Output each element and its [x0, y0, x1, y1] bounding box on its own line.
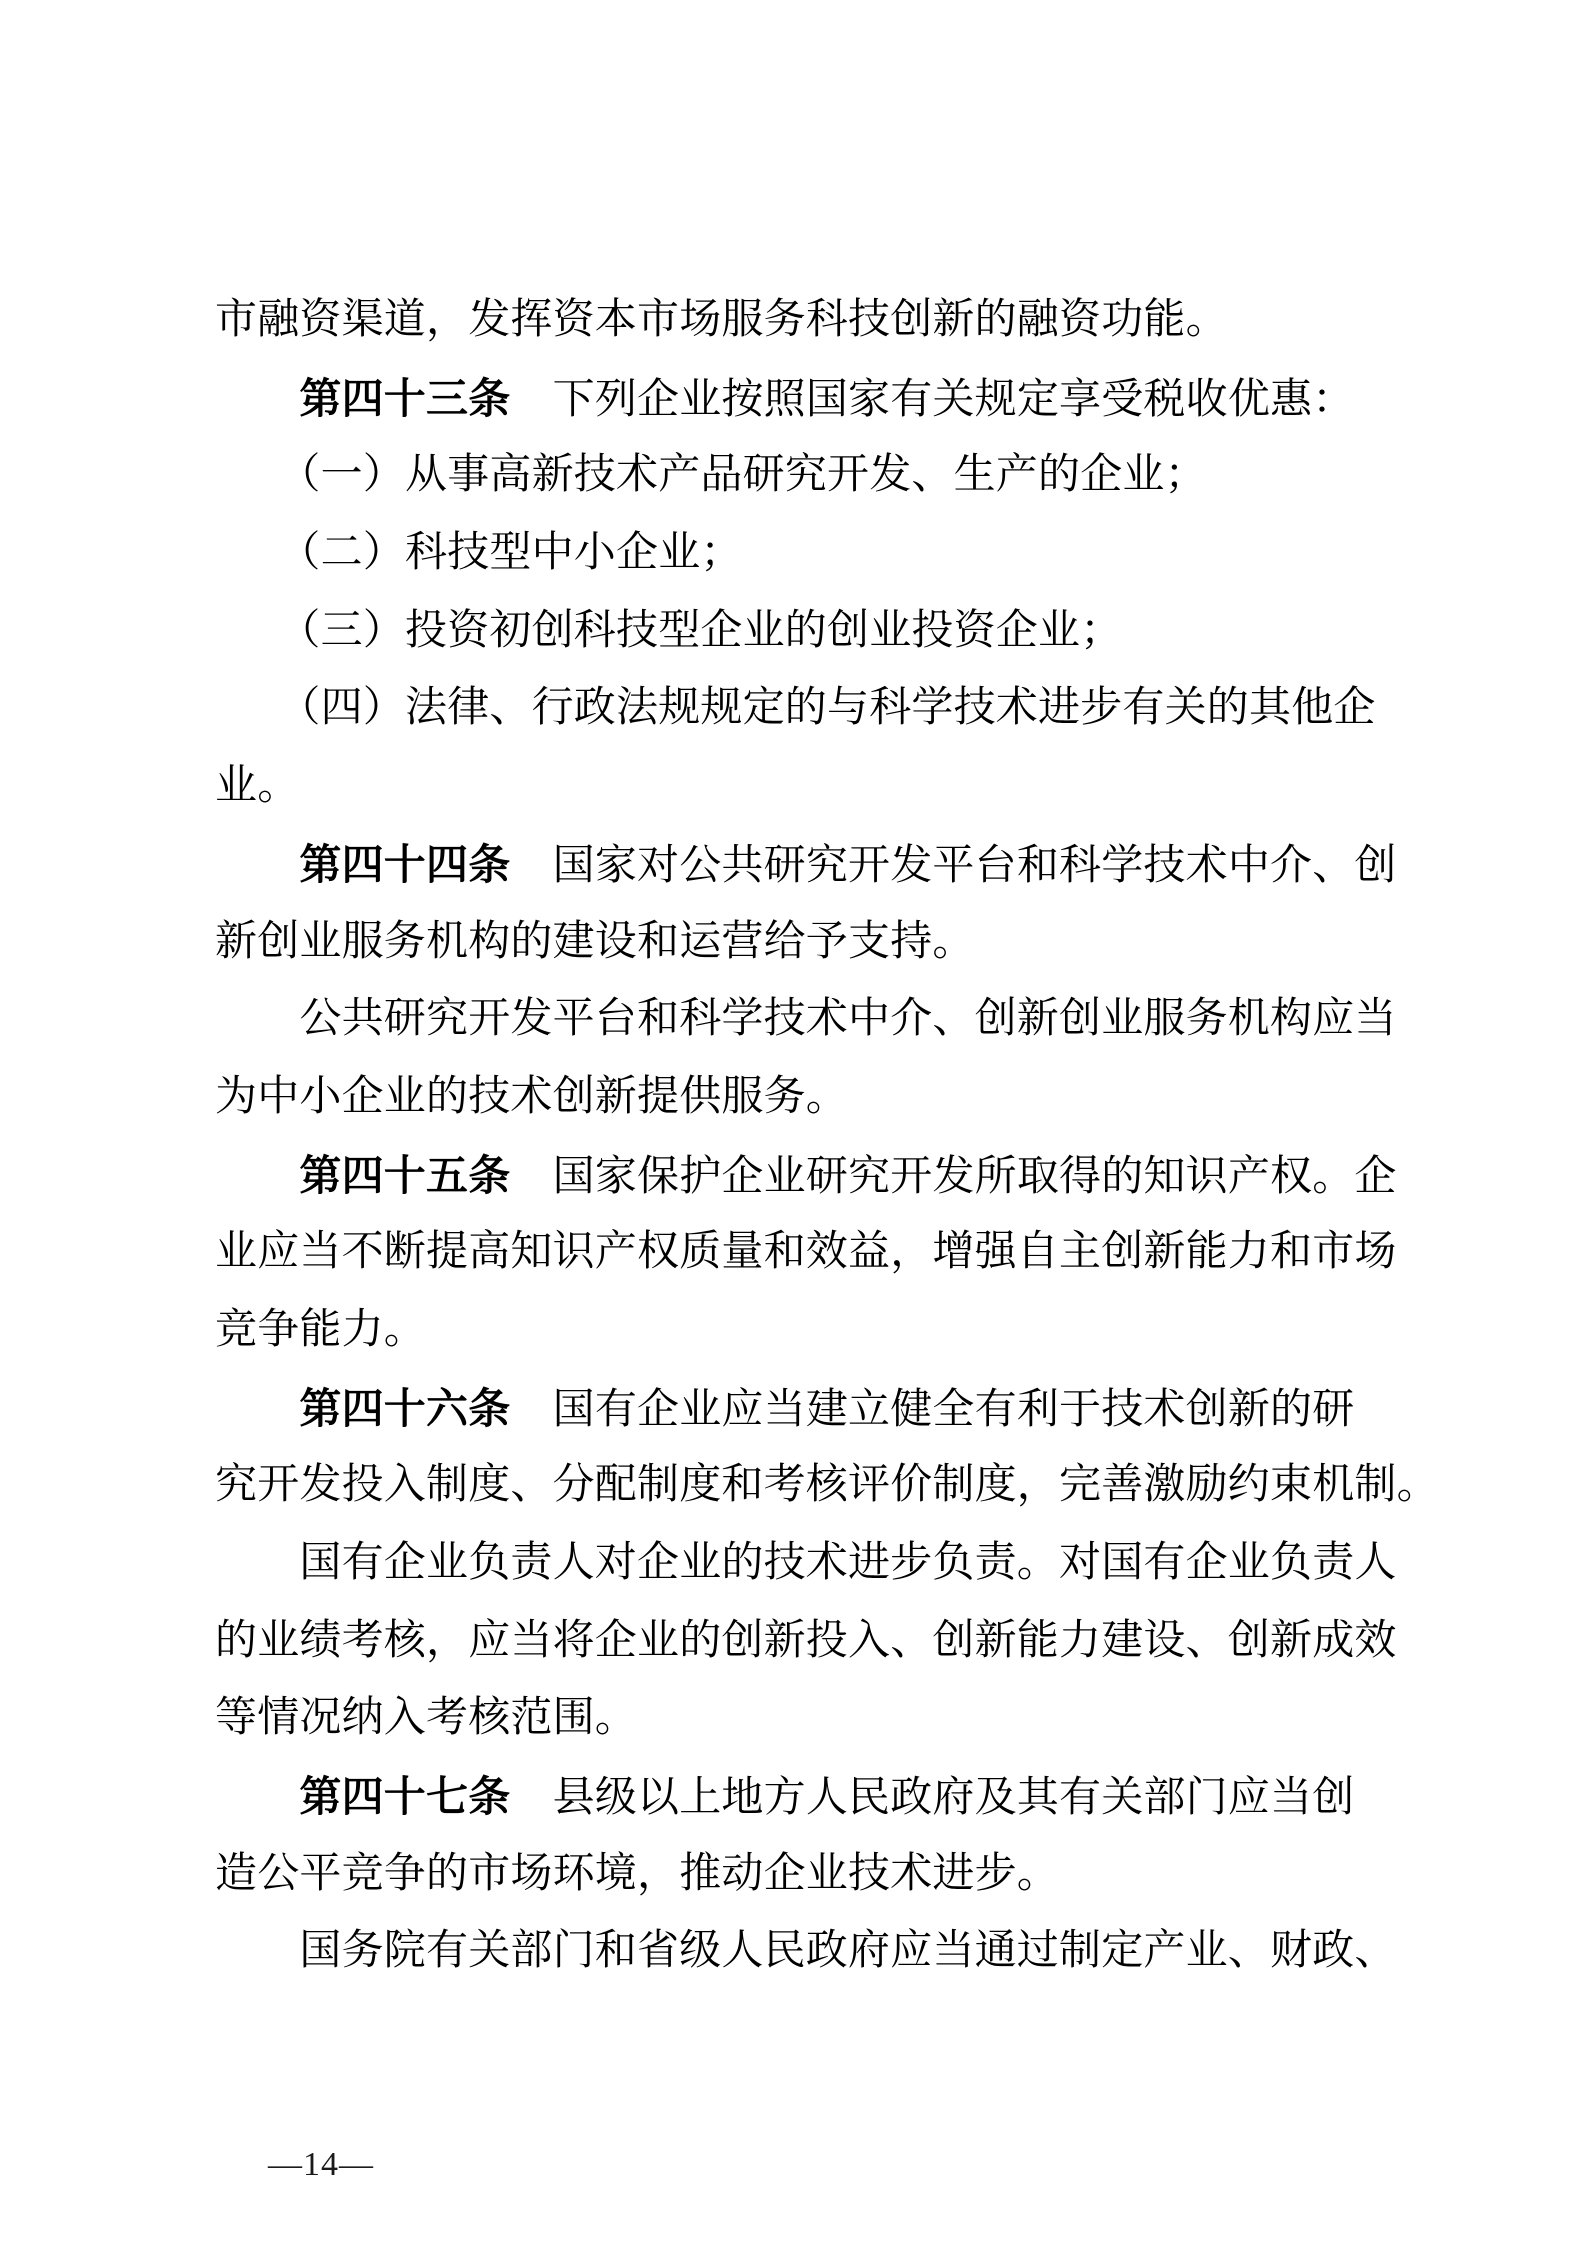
text-line: （四）法律、行政法规规定的与科学技术进步有关的其他企: [215, 670, 1465, 748]
text-segment: 国家对公共研究开发平台和科学技术中介、创: [510, 843, 1396, 889]
text-segment: （三）投资初创科技型企业的创业投资企业；: [215, 608, 1122, 654]
text-line: 的业绩考核，应当将企业的创新投入、创新能力建设、创新成效: [215, 1603, 1465, 1681]
text-line: 业。: [215, 748, 1465, 826]
text-segment: （二）科技型中小企业；: [215, 530, 743, 576]
text-segment: 市融资渠道，发挥资本市场服务科技创新的融资功能。: [215, 297, 1228, 343]
text-line: 国有企业负责人对企业的技术进步负责。对国有企业负责人: [215, 1525, 1465, 1603]
article-number: 第四十六条: [299, 1384, 510, 1433]
article-number: 第四十四条: [299, 840, 510, 889]
text-segment: 业。: [215, 763, 299, 809]
text-segment: 下列企业按照国家有关规定享受税收优惠：: [510, 377, 1354, 423]
text-line: 第四十五条 国家保护企业研究开发所取得的知识产权。企: [215, 1137, 1465, 1215]
text-segment: 县级以上地方人民政府及其有关部门应当创: [510, 1775, 1354, 1821]
text-segment: [215, 377, 299, 423]
text-line: （三）投资初创科技型企业的创业投资企业；: [215, 593, 1465, 671]
text-segment: 业应当不断提高知识产权质量和效益，增强自主创新能力和市场: [215, 1229, 1397, 1275]
text-segment: 国有企业应当建立健全有利于技术创新的研: [510, 1387, 1354, 1433]
text-line: 为中小企业的技术创新提供服务。: [215, 1059, 1465, 1137]
article-number: 第四十五条: [299, 1151, 510, 1200]
text-segment: [215, 843, 299, 889]
text-line: 造公平竞争的市场环境，推动企业技术进步。: [215, 1836, 1465, 1914]
article-number: 第四十三条: [299, 374, 510, 423]
text-segment: 为中小企业的技术创新提供服务。: [215, 1074, 848, 1120]
text-segment: （一）从事高新技术产品研究开发、生产的企业；: [215, 452, 1207, 498]
text-line: 究开发投入制度、分配制度和考核评价制度，完善激励约束机制。: [215, 1447, 1465, 1525]
text-segment: 造公平竞争的市场环境，推动企业技术进步。: [215, 1851, 1059, 1897]
text-line: 新创业服务机构的建设和运营给予支持。: [215, 904, 1465, 982]
text-segment: [215, 1387, 299, 1433]
article-number: 第四十七条: [299, 1772, 510, 1821]
text-line: （一）从事高新技术产品研究开发、生产的企业；: [215, 437, 1465, 515]
text-segment: 究开发投入制度、分配制度和考核评价制度，完善激励约束机制。: [215, 1462, 1439, 1508]
text-line: 市融资渠道，发挥资本市场服务科技创新的融资功能。: [215, 282, 1465, 360]
text-segment: [215, 1775, 299, 1821]
text-line: 第四十七条 县级以上地方人民政府及其有关部门应当创: [215, 1758, 1465, 1836]
text-line: （二）科技型中小企业；: [215, 515, 1465, 593]
document-content: 市融资渠道，发挥资本市场服务科技创新的融资功能。 第四十三条 下列企业按照国家有…: [215, 282, 1465, 1991]
text-line: 竞争能力。: [215, 1292, 1465, 1370]
text-segment: [215, 1154, 299, 1200]
text-segment: 公共研究开发平台和科学技术中介、创新创业服务机构应当: [215, 996, 1397, 1042]
text-segment: 国务院有关部门和省级人民政府应当通过制定产业、财政、: [215, 1928, 1397, 1974]
text-segment: 的业绩考核，应当将企业的创新投入、创新能力建设、创新成效: [215, 1618, 1397, 1664]
text-segment: 国家保护企业研究开发所取得的知识产权。企: [510, 1154, 1396, 1200]
document-page: 市融资渠道，发挥资本市场服务科技创新的融资功能。 第四十三条 下列企业按照国家有…: [0, 0, 1587, 2245]
text-segment: 等情况纳入考核范围。: [215, 1695, 637, 1741]
text-segment: （四）法律、行政法规规定的与科学技术进步有关的其他企: [215, 685, 1376, 731]
text-line: 等情况纳入考核范围。: [215, 1680, 1465, 1758]
text-segment: 竞争能力。: [215, 1307, 426, 1353]
text-line: 第四十三条 下列企业按照国家有关规定享受税收优惠：: [215, 360, 1465, 438]
text-line: 公共研究开发平台和科学技术中介、创新创业服务机构应当: [215, 981, 1465, 1059]
text-line: 国务院有关部门和省级人民政府应当通过制定产业、财政、: [215, 1913, 1465, 1991]
text-line: 第四十六条 国有企业应当建立健全有利于技术创新的研: [215, 1370, 1465, 1448]
text-segment: 国有企业负责人对企业的技术进步负责。对国有企业负责人: [215, 1540, 1397, 1586]
text-line: 第四十四条 国家对公共研究开发平台和科学技术中介、创: [215, 826, 1465, 904]
text-line: 业应当不断提高知识产权质量和效益，增强自主创新能力和市场: [215, 1214, 1465, 1292]
page-number: —14—: [268, 2146, 374, 2184]
text-segment: 新创业服务机构的建设和运营给予支持。: [215, 919, 975, 965]
